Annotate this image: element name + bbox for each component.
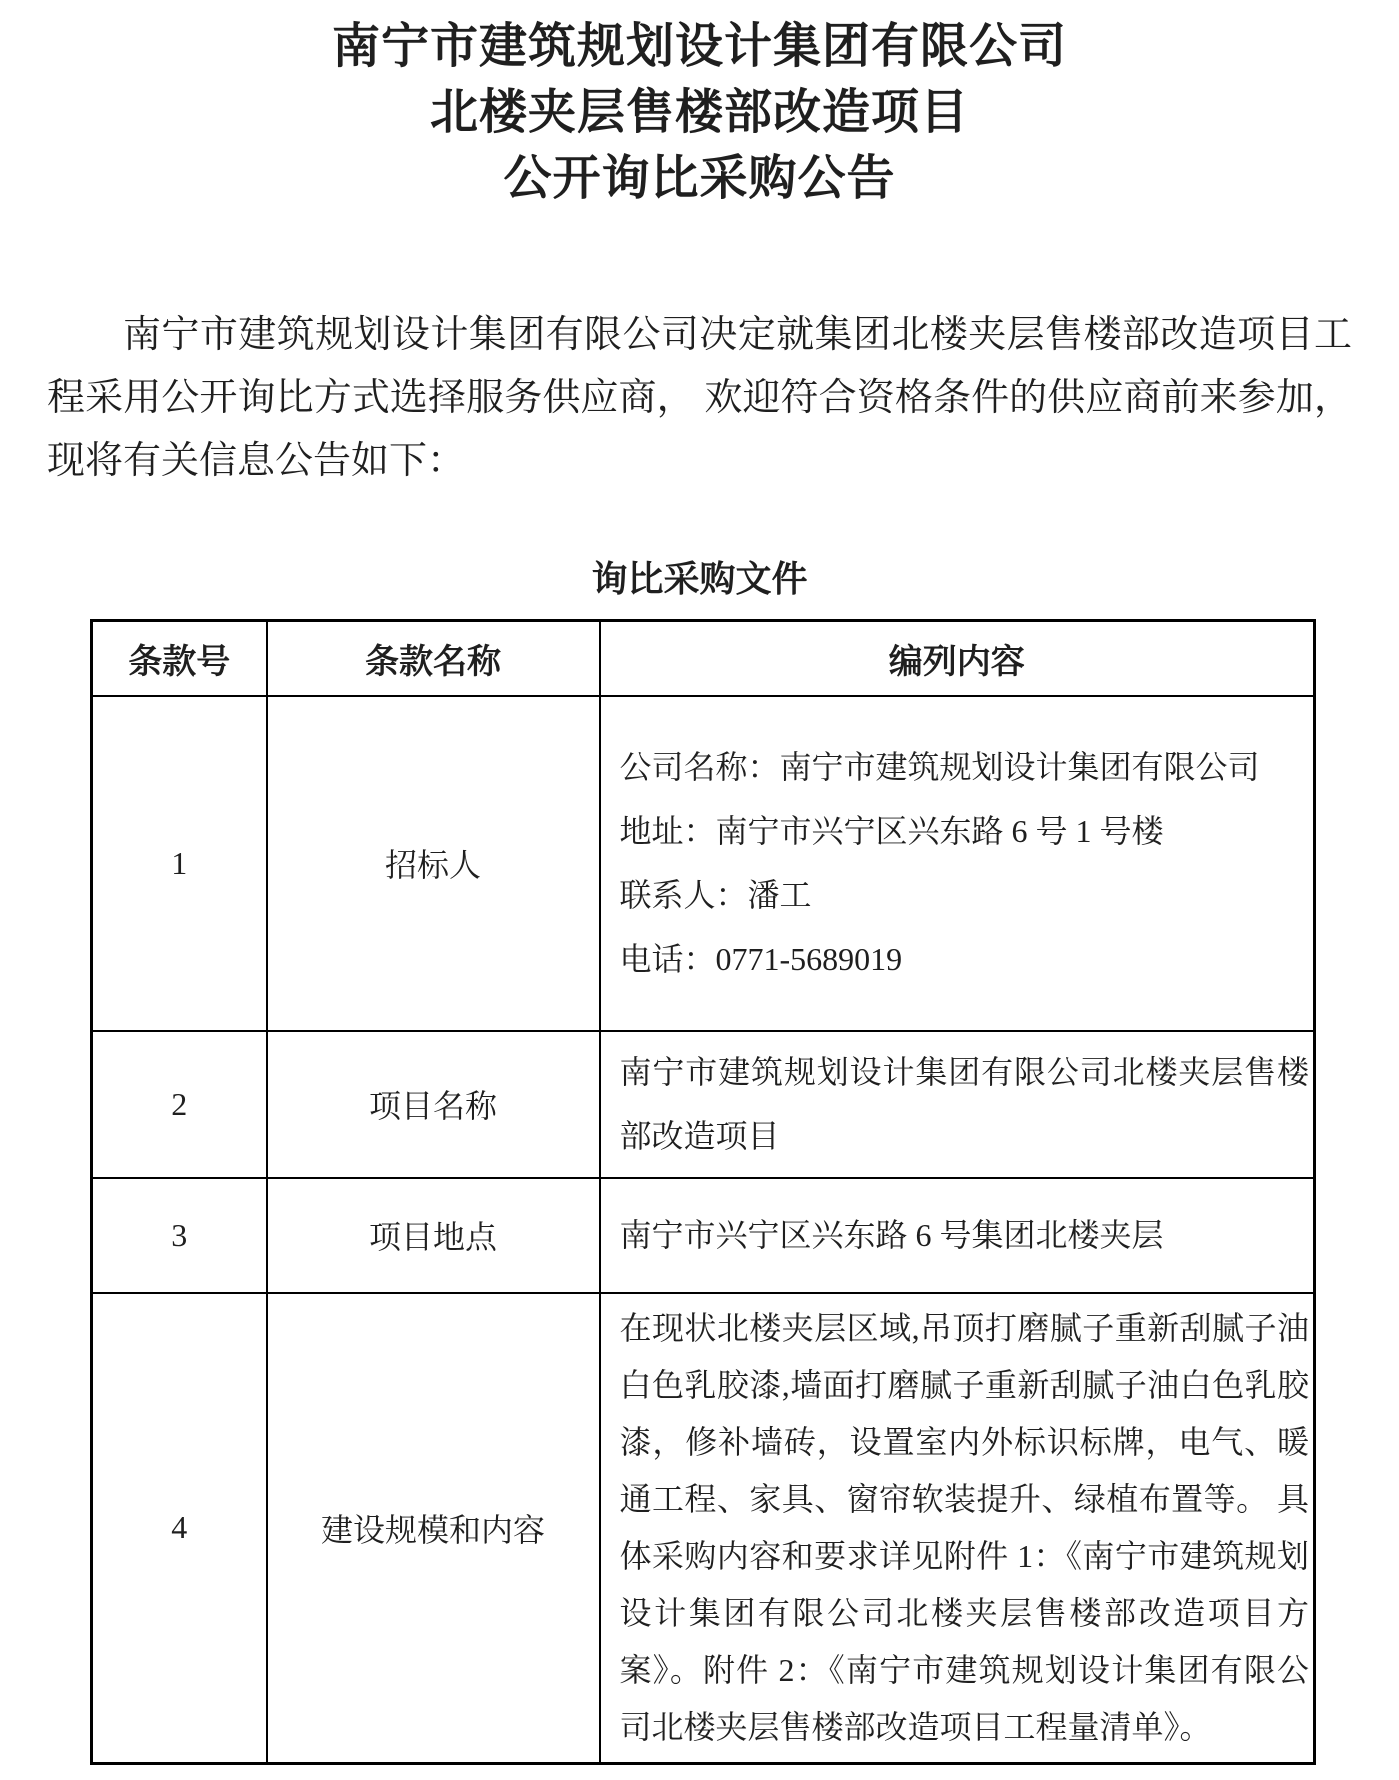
clause-content: 南宁市兴宁区兴东路 6 号集团北楼夹层 [600,1178,1315,1293]
content-line-address: 地址：南宁市兴宁区兴东路 6 号 1 号楼 [620,799,1310,863]
table-row-project-location: 3 项目地点 南宁市兴宁区兴东路 6 号集团北楼夹层 [92,1178,1315,1293]
table-row-tenderer: 1 招标人 公司名称：南宁市建筑规划设计集团有限公司 地址：南宁市兴宁区兴东路 … [92,696,1315,1031]
document-page: 南宁市建筑规划设计集团有限公司 北楼夹层售楼部改造项目 公开询比采购公告 南宁市… [0,0,1399,1765]
clause-number: 3 [92,1178,267,1293]
clause-name: 建设规模和内容 [267,1293,600,1764]
content-line: 南宁市兴宁区兴东路 6 号集团北楼夹层 [620,1203,1310,1267]
table-caption: 询比采购文件 [47,555,1352,603]
intro-paragraph: 南宁市建筑规划设计集团有限公司决定就集团北楼夹层售楼部改造项目工程采用公开询比方… [47,304,1352,493]
content-line: 在现状北楼夹层区域,吊顶打磨腻子重新刮腻子油白色乳胶漆,墙面打磨腻子重新刮腻子油… [620,1300,1310,1756]
clause-number: 2 [92,1031,267,1178]
clause-name: 项目地点 [267,1178,600,1293]
clause-name: 招标人 [267,696,600,1031]
header-content: 编列内容 [600,621,1315,696]
clause-content: 南宁市建筑规划设计集团有限公司北楼夹层售楼部改造项目 [600,1031,1315,1178]
document-title: 南宁市建筑规划设计集团有限公司 北楼夹层售楼部改造项目 公开询比采购公告 [47,14,1352,212]
content-line-contact: 联系人：潘工 [620,863,1310,927]
table-row-project-name: 2 项目名称 南宁市建筑规划设计集团有限公司北楼夹层售楼部改造项目 [92,1031,1315,1178]
content-line-phone: 电话：0771-5689019 [620,927,1310,991]
title-line-project: 北楼夹层售楼部改造项目 [47,80,1352,146]
clause-number: 1 [92,696,267,1031]
header-clause-name: 条款名称 [267,621,600,696]
procurement-table: 条款号 条款名称 编列内容 1 招标人 公司名称：南宁市建筑规划设计集团有限公司… [90,619,1316,1765]
clause-name: 项目名称 [267,1031,600,1178]
content-line-company: 公司名称：南宁市建筑规划设计集团有限公司 [620,735,1310,799]
title-line-company: 南宁市建筑规划设计集团有限公司 [47,14,1352,80]
header-clause-number: 条款号 [92,621,267,696]
table-header-row: 条款号 条款名称 编列内容 [92,621,1315,696]
table-row-scope: 4 建设规模和内容 在现状北楼夹层区域,吊顶打磨腻子重新刮腻子油白色乳胶漆,墙面… [92,1293,1315,1764]
clause-content: 在现状北楼夹层区域,吊顶打磨腻子重新刮腻子油白色乳胶漆,墙面打磨腻子重新刮腻子油… [600,1293,1315,1764]
clause-number: 4 [92,1293,267,1764]
clause-content: 公司名称：南宁市建筑规划设计集团有限公司 地址：南宁市兴宁区兴东路 6 号 1 … [600,696,1315,1031]
content-line: 南宁市建筑规划设计集团有限公司北楼夹层售楼部改造项目 [620,1040,1310,1168]
title-line-announcement: 公开询比采购公告 [47,146,1352,212]
